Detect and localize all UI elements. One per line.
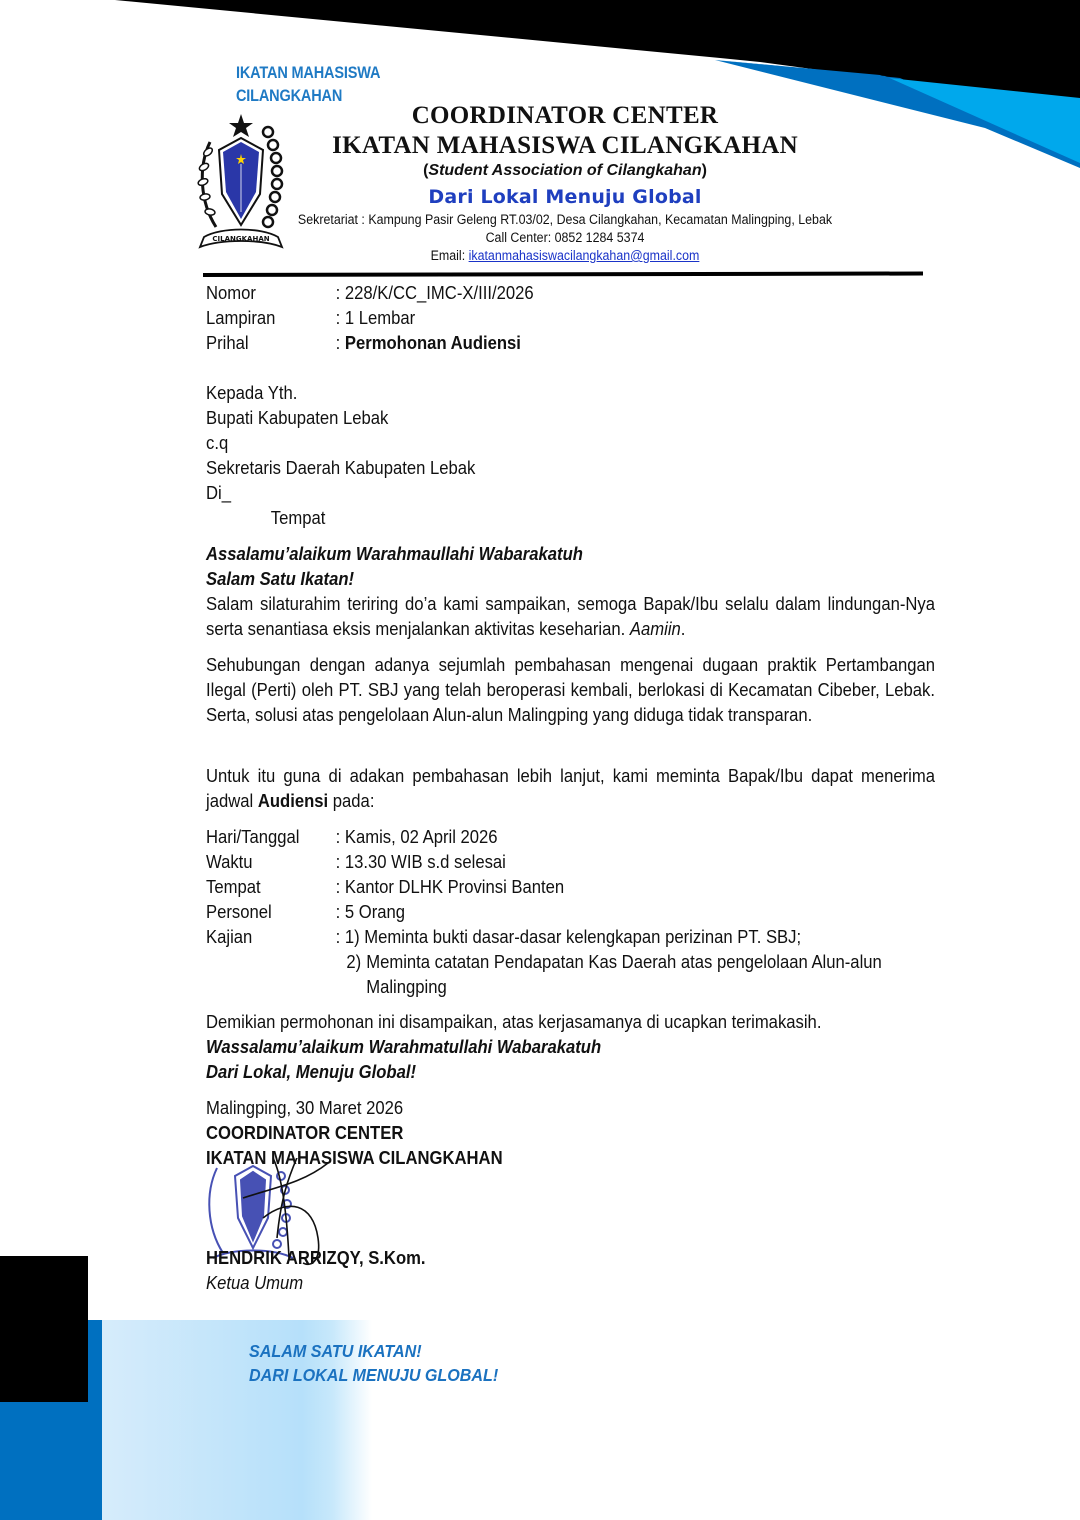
meta-prihal: Prihal: Permohonan Audiensi <box>206 330 862 355</box>
schedule-row: Kajian: 1) Meminta bukti dasar-dasar kel… <box>206 924 935 949</box>
svg-text:CILANGKAHAN: CILANGKAHAN <box>212 235 269 243</box>
paragraph-2: Untuk itu guna di adakan pembahasan lebi… <box>206 763 935 813</box>
footer-black-block <box>0 1256 88 1402</box>
footer-motto: SALAM SATU IKATAN! DARI LOKAL MENUJU GLO… <box>249 1339 498 1387</box>
letterhead-call-center: Call Center: 0852 1284 5374 <box>266 229 864 247</box>
greeting-block: Assalamu’alaikum Warahmaullahi Wabarakat… <box>206 541 935 641</box>
email-link[interactable]: ikatanmahasiswacilangkahan@gmail.com <box>469 248 700 263</box>
signatory: HENDRIK ARRIZQY, S.Kom. Ketua Umum <box>206 1245 862 1295</box>
schedule-row: Tempat: Kantor DLHK Provinsi Banten <box>206 874 935 899</box>
header-divider <box>203 271 923 277</box>
signatory-name: HENDRIK ARRIZQY, S.Kom. <box>206 1245 862 1270</box>
letterhead-subtitle: (Student Association of Cilangkahan) <box>260 162 870 180</box>
letterhead-title-line1: COORDINATOR CENTER <box>260 102 870 130</box>
schedule-row: Hari/Tanggal: Kamis, 02 April 2026 <box>206 824 935 849</box>
schedule-block: Hari/Tanggal: Kamis, 02 April 2026 Waktu… <box>206 824 935 999</box>
letterhead-email: Email: ikatanmahasiswacilangkahan@gmail.… <box>266 247 864 265</box>
kajian-item-2: 2)Meminta catatan Pendapatan Kas Daerah … <box>206 949 935 999</box>
letterhead-motto: Dari Lokal Menuju Global <box>260 186 870 208</box>
recipient-block: Kepada Yth. Bupati Kabupaten Lebak c.q S… <box>206 380 862 530</box>
letter-meta: Nomor: 228/K/CC_IMC-X/III/2026 Lampiran:… <box>206 280 862 355</box>
signature-block: Malingping, 30 Maret 2026 COORDINATOR CE… <box>206 1095 935 1170</box>
meta-nomor: Nomor: 228/K/CC_IMC-X/III/2026 <box>206 280 862 305</box>
meta-lampiran: Lampiran: 1 Lembar <box>206 305 862 330</box>
schedule-row: Personel: 5 Orang <box>206 899 935 924</box>
closing-block: Demikian permohonan ini disampaikan, ata… <box>206 1009 935 1084</box>
schedule-row: Waktu: 13.30 WIB s.d selesai <box>206 849 935 874</box>
letterhead-address: Sekretariat : Kampung Pasir Geleng RT.03… <box>266 211 864 229</box>
letterhead-title-line2: IKATAN MAHASISWA CILANGKAHAN <box>260 132 870 160</box>
paragraph-1: Sehubungan dengan adanya sejumlah pembah… <box>206 652 935 727</box>
signatory-position: Ketua Umum <box>206 1270 862 1295</box>
